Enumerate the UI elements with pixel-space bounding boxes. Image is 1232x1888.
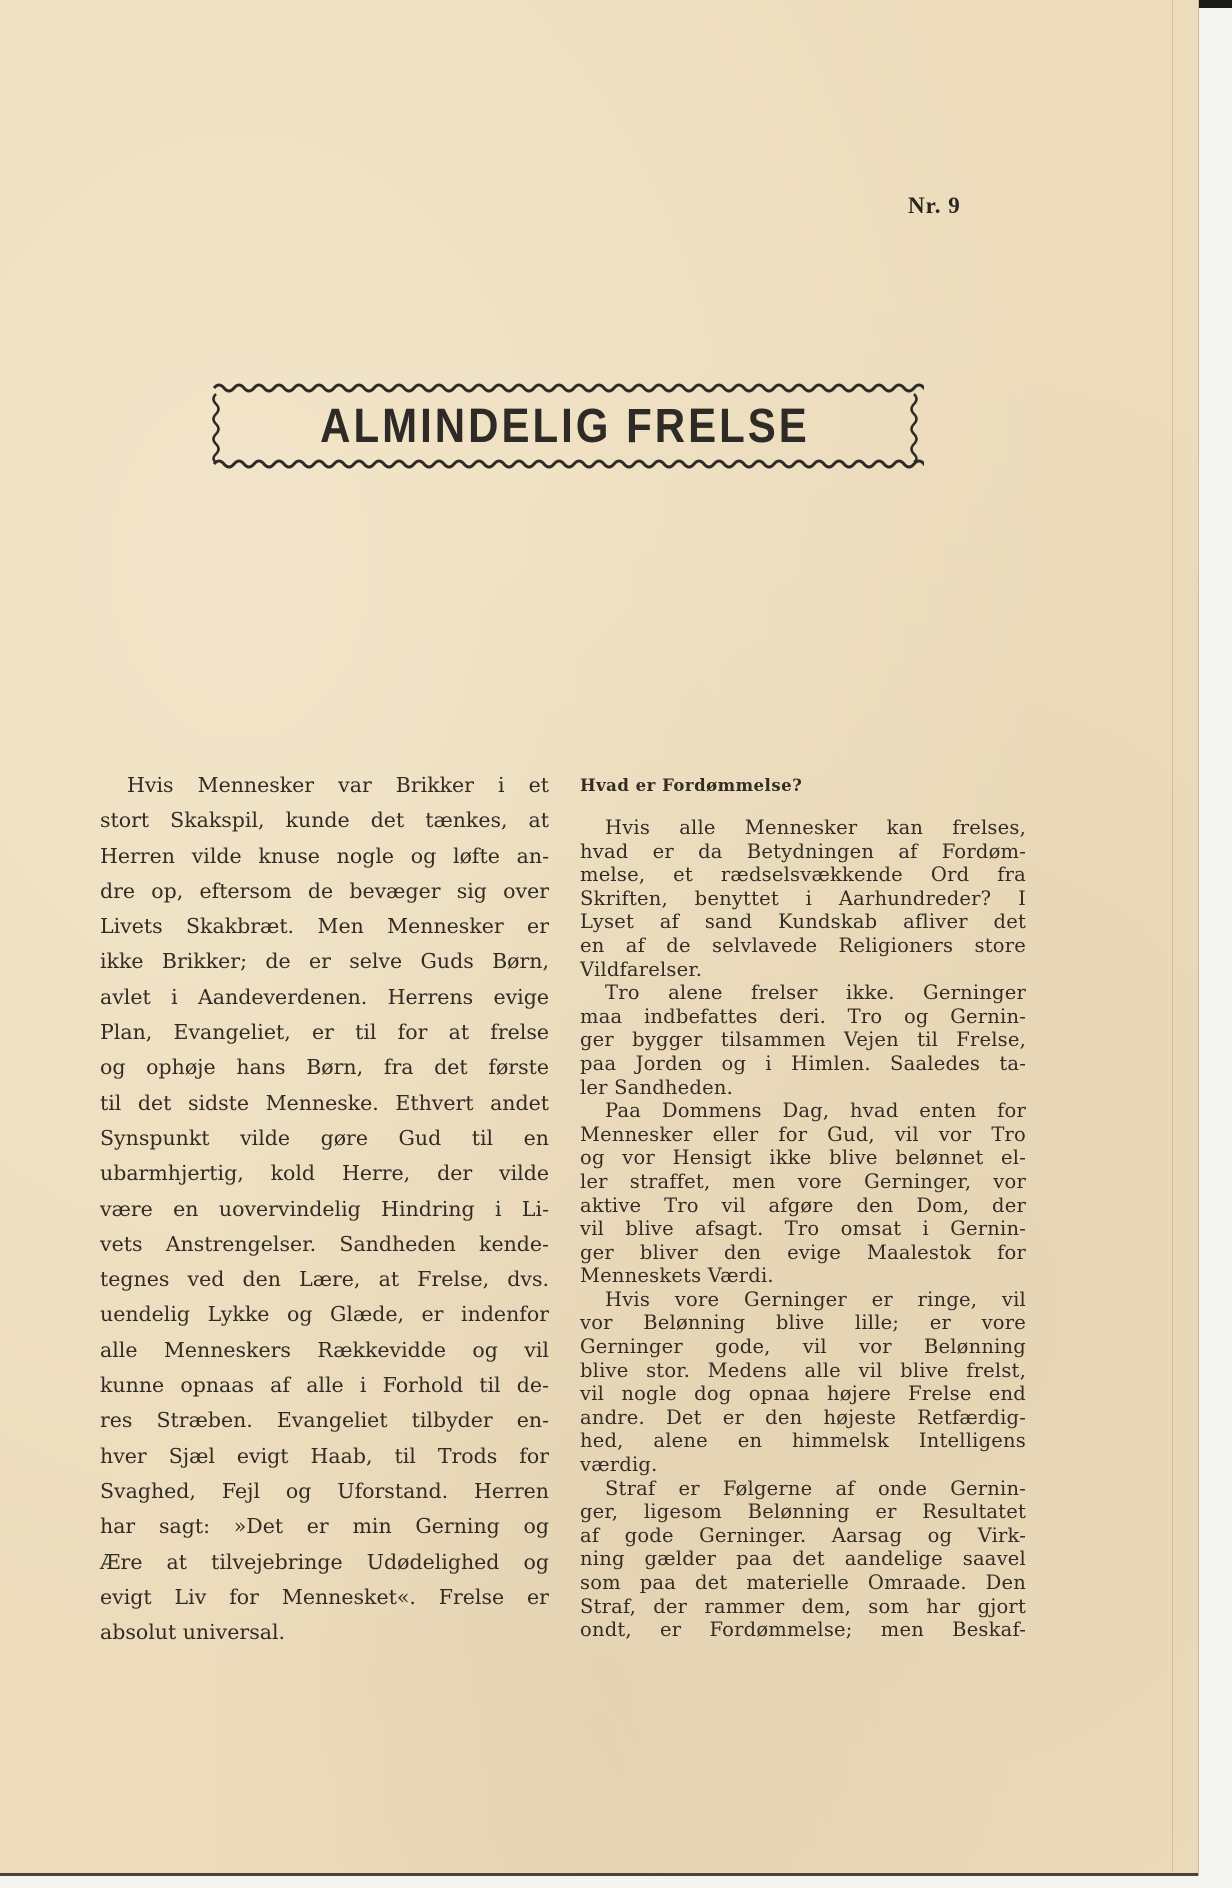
text-line: Lyset af sand Kundskab afliver det	[580, 910, 1026, 934]
text-line: Hvis Mennesker var Brikker i et	[100, 768, 549, 803]
text-line: og ophøje hans Børn, fra det første	[100, 1050, 549, 1085]
text-line: res Stræben. Evangeliet tilbyder en-	[100, 1403, 549, 1438]
text-line: alle Menneskers Rækkevidde og vil	[100, 1333, 549, 1368]
text-line: Skriften, benyttet i Aarhundreder? I	[580, 887, 1026, 911]
text-line: Menneskets Værdi.	[580, 1264, 1026, 1288]
text-line: vil nogle dog opnaa højere Frelse end	[580, 1382, 1026, 1406]
text-line: være en uovervindelig Hindring i Li-	[100, 1192, 549, 1227]
text-line: absolut universal.	[100, 1615, 549, 1650]
text-line: Straf er Følgerne af onde Gernin-	[580, 1477, 1026, 1501]
text-line: vets Anstrengelser. Sandheden kende-	[100, 1227, 549, 1262]
text-line: vor Belønning blive lille; er vore	[580, 1311, 1026, 1335]
paragraph: Tro alene frelser ikke. Gerninger maa in…	[580, 981, 1026, 1099]
text-line: ler straffet, men vore Gerninger, vor	[580, 1170, 1026, 1194]
text-line: Plan, Evangeliet, er til for at frelse	[100, 1015, 549, 1050]
text-line: som paa det materielle Omraade. Den	[580, 1571, 1026, 1595]
text-line: ikke Brikker; de er selve Guds Børn,	[100, 944, 549, 979]
text-line: evigt Liv for Mennesket«. Frelse er	[100, 1580, 549, 1615]
text-line: og vor Hensigt ikke blive belønnet el-	[580, 1146, 1026, 1170]
text-line: Ære at tilvejebringe Udødelighed og	[100, 1545, 549, 1580]
text-line: ning gælder paa det aandelige saavel	[580, 1547, 1026, 1571]
text-line: dre op, eftersom de bevæger sig over	[100, 874, 549, 909]
text-line: maa indbefattes deri. Tro og Gernin-	[580, 1005, 1026, 1029]
paragraph: Paa Dommens Dag, hvad enten for Menneske…	[580, 1099, 1026, 1288]
text-line: Hvis vore Gerninger er ringe, vil	[580, 1288, 1026, 1312]
text-line: har sagt: »Det er min Gerning og	[100, 1509, 549, 1544]
text-line: Herren vilde knuse nogle og løfte an-	[100, 839, 549, 874]
document-page: Nr. 9 ALMINDELIG FRELSE Hvis Mennesker v…	[0, 0, 1198, 1876]
text-line: uendelig Lykke og Glæde, er indenfor	[100, 1297, 549, 1332]
left-column: Hvis Mennesker var Brikker i et stort Sk…	[100, 768, 549, 1650]
paragraph: Straf er Følgerne af onde Gernin- ger, l…	[580, 1477, 1026, 1642]
text-line: paa Jorden og i Himlen. Saaledes ta-	[580, 1052, 1026, 1076]
text-line: hvad er da Betydningen af Fordøm-	[580, 840, 1026, 864]
text-line: tegnes ved den Lære, at Frelse, dvs.	[100, 1262, 549, 1297]
text-line: ondt, er Fordømmelse; men Beskaf-	[580, 1618, 1026, 1642]
text-line: ler Sandheden.	[580, 1076, 1026, 1100]
issue-number: Nr. 9	[908, 193, 961, 219]
text-line: hver Sjæl evigt Haab, til Trods for	[100, 1439, 549, 1474]
text-line: en af de selvlavede Religioners store	[580, 934, 1026, 958]
text-line: ger bygger tilsammen Vejen til Frelse,	[580, 1028, 1026, 1052]
text-line: af gode Gerninger. Aarsag og Virk-	[580, 1524, 1026, 1548]
text-line: Tro alene frelser ikke. Gerninger	[580, 981, 1026, 1005]
text-line: hed, alene en himmelsk Intelligens	[580, 1429, 1026, 1453]
paragraph: Hvis alle Mennesker kan frelses, hvad er…	[580, 816, 1026, 981]
text-line: Hvis alle Mennesker kan frelses,	[580, 816, 1026, 840]
text-line: Straf, der rammer dem, som har gjort	[580, 1595, 1026, 1619]
paragraph: Hvis vore Gerninger er ringe, vil vor Be…	[580, 1288, 1026, 1477]
section-heading: Hvad er Fordømmelse?	[580, 774, 1026, 798]
text-line: til det sidste Menneske. Ethvert andet	[100, 1086, 549, 1121]
text-line: Mennesker eller for Gud, vil vor Tro	[580, 1123, 1026, 1147]
text-line: andre. Det er den højeste Retfærdig-	[580, 1406, 1026, 1430]
text-line: stort Skakspil, kunde det tænkes, at	[100, 803, 549, 838]
text-line: ubarmhjertig, kold Herre, der vilde	[100, 1156, 549, 1191]
text-line: Livets Skakbræt. Men Mennesker er	[100, 909, 549, 944]
text-line: Synspunkt vilde gøre Gud til en	[100, 1121, 549, 1156]
text-line: Svaghed, Fejl og Uforstand. Herren	[100, 1474, 549, 1509]
text-line: Paa Dommens Dag, hvad enten for	[580, 1099, 1026, 1123]
page-fold-line	[1172, 0, 1173, 1873]
text-line: aktive Tro vil afgøre den Dom, der	[580, 1194, 1026, 1218]
text-line: avlet i Aandeverdenen. Herrens evige	[100, 980, 549, 1015]
text-line: Vildfarelser.	[580, 958, 1026, 982]
right-column: Hvad er Fordømmelse? Hvis alle Mennesker…	[580, 774, 1026, 1642]
text-line: vil blive afsagt. Tro omsat i Gernin-	[580, 1217, 1026, 1241]
text-line: ger bliver den evige Maalestok for	[580, 1241, 1026, 1265]
title-frame: ALMINDELIG FRELSE	[206, 380, 924, 472]
text-line: kunne opnaas af alle i Forhold til de-	[100, 1368, 549, 1403]
text-line: værdig.	[580, 1453, 1026, 1477]
document-title: ALMINDELIG FRELSE	[206, 373, 924, 479]
text-line: ger, ligesom Belønning er Resultatet	[580, 1500, 1026, 1524]
text-line: Gerninger gode, vil vor Belønning	[580, 1335, 1026, 1359]
text-line: blive stor. Medens alle vil blive frelst…	[580, 1359, 1026, 1383]
text-line: melse, et rædselsvækkende Ord fra	[580, 863, 1026, 887]
